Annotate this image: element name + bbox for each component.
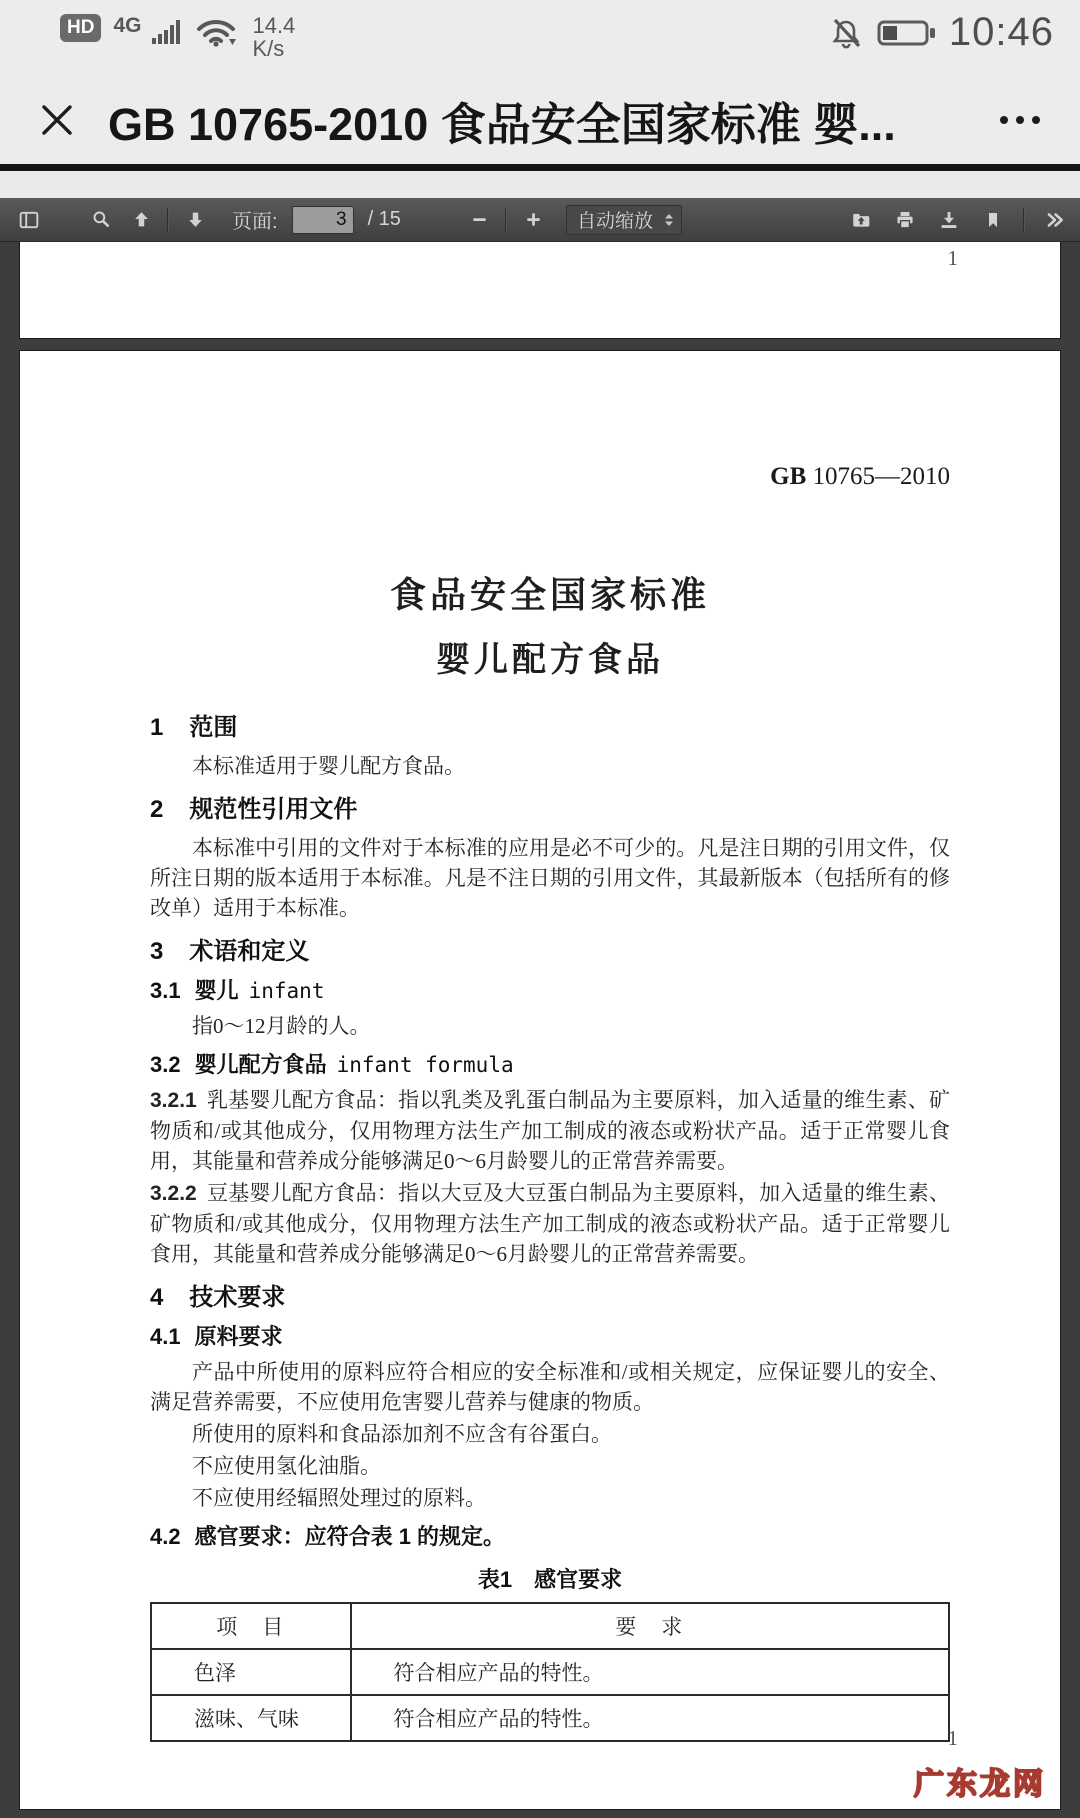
page-label: 页面: xyxy=(232,205,278,234)
download-icon[interactable] xyxy=(932,203,966,237)
toolbar-divider xyxy=(505,208,507,232)
next-page-icon[interactable] xyxy=(178,203,212,237)
speed-value: 14.4 xyxy=(252,14,295,37)
toolbar-divider xyxy=(167,208,169,232)
speed-unit: K/s xyxy=(252,37,295,60)
document-title: GB 10765-2010 食品安全国家标准 婴... xyxy=(108,88,994,153)
more-menu-icon[interactable] xyxy=(994,106,1046,134)
phone-screen: HD 4G xyxy=(0,0,1080,1818)
table-header-cell: 要 求 xyxy=(351,1603,950,1649)
table-body: 色泽符合相应产品的特性。滋味、气味符合相应产品的特性。 xyxy=(151,1649,949,1741)
paragraph: 不应使用经辐照处理过的原料。 xyxy=(150,1483,950,1513)
hd-badge: HD xyxy=(60,14,101,42)
status-right: 10:46 xyxy=(827,8,1054,55)
clock: 10:46 xyxy=(949,10,1054,55)
previous-page-bottom: 1 xyxy=(20,242,1060,338)
select-arrows-icon xyxy=(663,211,675,229)
paragraph: 3.2.1乳基婴儿配方食品：指以乳类及乳蛋白制品为主要原料，加入适量的维生素、矿… xyxy=(150,1085,950,1176)
document-heading: 食品安全国家标准 婴儿配方食品 xyxy=(150,567,950,681)
print-icon[interactable] xyxy=(888,203,922,237)
search-icon[interactable] xyxy=(84,203,118,237)
pdf-page: GB 10765—2010 食品安全国家标准 婴儿配方食品 1范围本标准适用于婴… xyxy=(20,351,1060,1809)
titlebar-divider xyxy=(0,164,1080,171)
table-header-cell: 项 目 xyxy=(151,1603,351,1649)
bookmark-icon[interactable] xyxy=(976,203,1010,237)
paragraph: 产品中所使用的原料应符合相应的安全标准和/或相关规定，应保证婴儿的安全、满足营养… xyxy=(150,1357,950,1417)
section-heading-3: 3术语和定义 xyxy=(150,937,950,967)
table-cell: 符合相应产品的特性。 xyxy=(351,1649,950,1695)
pdf-viewer-scroll-area[interactable]: 1 GB 10765—2010 食品安全国家标准 婴儿配方食品 1范围本标准适用… xyxy=(0,242,1080,1818)
more-tools-icon[interactable] xyxy=(1038,203,1072,237)
table-header-row: 项 目要 求 xyxy=(151,1603,949,1649)
paragraph: 本标准中引用的文件对于本标准的应用是必不可少的。凡是注日期的引用文件，仅所注日期… xyxy=(150,833,950,923)
section-heading-4.1: 4.1原料要求 xyxy=(150,1323,950,1351)
standard-title-line1: 食品安全国家标准 xyxy=(150,567,950,618)
section-heading-3.2: 3.2婴儿配方食品infant formula xyxy=(150,1051,950,1079)
toolbar-divider xyxy=(1023,208,1025,232)
status-bar: HD 4G xyxy=(0,0,1080,76)
zoom-mode-select[interactable]: 自动缩放 xyxy=(566,205,682,235)
open-file-icon[interactable] xyxy=(844,203,878,237)
prev-page-number: 1 xyxy=(948,246,959,271)
section-heading-3.1: 3.1婴儿infant xyxy=(150,977,950,1005)
page-number: 1 xyxy=(948,1726,959,1751)
pdf-toolbar: 页面: / 15 自动缩放 xyxy=(0,198,1080,242)
network-type-label: 4G xyxy=(113,14,141,38)
section-heading-1: 1范围 xyxy=(150,713,950,743)
app-title-bar: GB 10765-2010 食品安全国家标准 婴... xyxy=(0,76,1080,164)
previous-page-icon[interactable] xyxy=(124,203,158,237)
sensory-requirements-table: 项 目要 求 色泽符合相应产品的特性。滋味、气味符合相应产品的特性。 xyxy=(150,1602,950,1742)
table-cell: 滋味、气味 xyxy=(151,1695,351,1741)
sidebar-toggle-icon[interactable] xyxy=(12,203,46,237)
muted-bell-icon xyxy=(827,14,865,52)
standard-title-line2: 婴儿配方食品 xyxy=(150,632,950,681)
table-cell: 符合相应产品的特性。 xyxy=(351,1695,950,1741)
close-icon[interactable] xyxy=(34,97,80,143)
page-number-input[interactable] xyxy=(292,206,354,234)
table-caption: 表1 感官要求 xyxy=(150,1563,950,1594)
wifi-icon xyxy=(195,14,239,48)
section-heading-4: 4技术要求 xyxy=(150,1283,950,1313)
webview-gap xyxy=(0,171,1080,198)
zoom-out-icon[interactable] xyxy=(462,203,496,237)
status-left: HD 4G xyxy=(60,8,295,60)
paragraph: 不应使用氢化油脂。 xyxy=(150,1451,950,1481)
paragraph: 指0～12月龄的人。 xyxy=(150,1011,950,1041)
table-row: 滋味、气味符合相应产品的特性。 xyxy=(151,1695,949,1741)
section-heading-4.2: 4.2感官要求：应符合表 1 的规定。 xyxy=(150,1523,950,1551)
paragraph: 所使用的原料和食品添加剂不应含有谷蛋白。 xyxy=(150,1419,950,1449)
section-heading-2: 2规范性引用文件 xyxy=(150,795,950,825)
table-row: 色泽符合相应产品的特性。 xyxy=(151,1649,949,1695)
zoom-in-icon[interactable] xyxy=(516,203,550,237)
signal-strength-icon xyxy=(150,14,186,46)
page-total: / 15 xyxy=(368,208,401,231)
network-speed: 14.4 K/s xyxy=(252,14,295,60)
battery-icon xyxy=(877,17,937,49)
zoom-mode-value: 自动缩放 xyxy=(577,206,653,233)
paragraph: 本标准适用于婴儿配方食品。 xyxy=(150,751,950,781)
site-watermark: 广东龙网 xyxy=(914,1759,1046,1803)
standard-code: GB 10765—2010 xyxy=(150,463,950,491)
paragraph: 3.2.2豆基婴儿配方食品：指以大豆及大豆蛋白制品为主要原料，加入适量的维生素、… xyxy=(150,1178,950,1269)
document-sections: 1范围本标准适用于婴儿配方食品。2规范性引用文件本标准中引用的文件对于本标准的应… xyxy=(150,713,950,1551)
table-cell: 色泽 xyxy=(151,1649,351,1695)
